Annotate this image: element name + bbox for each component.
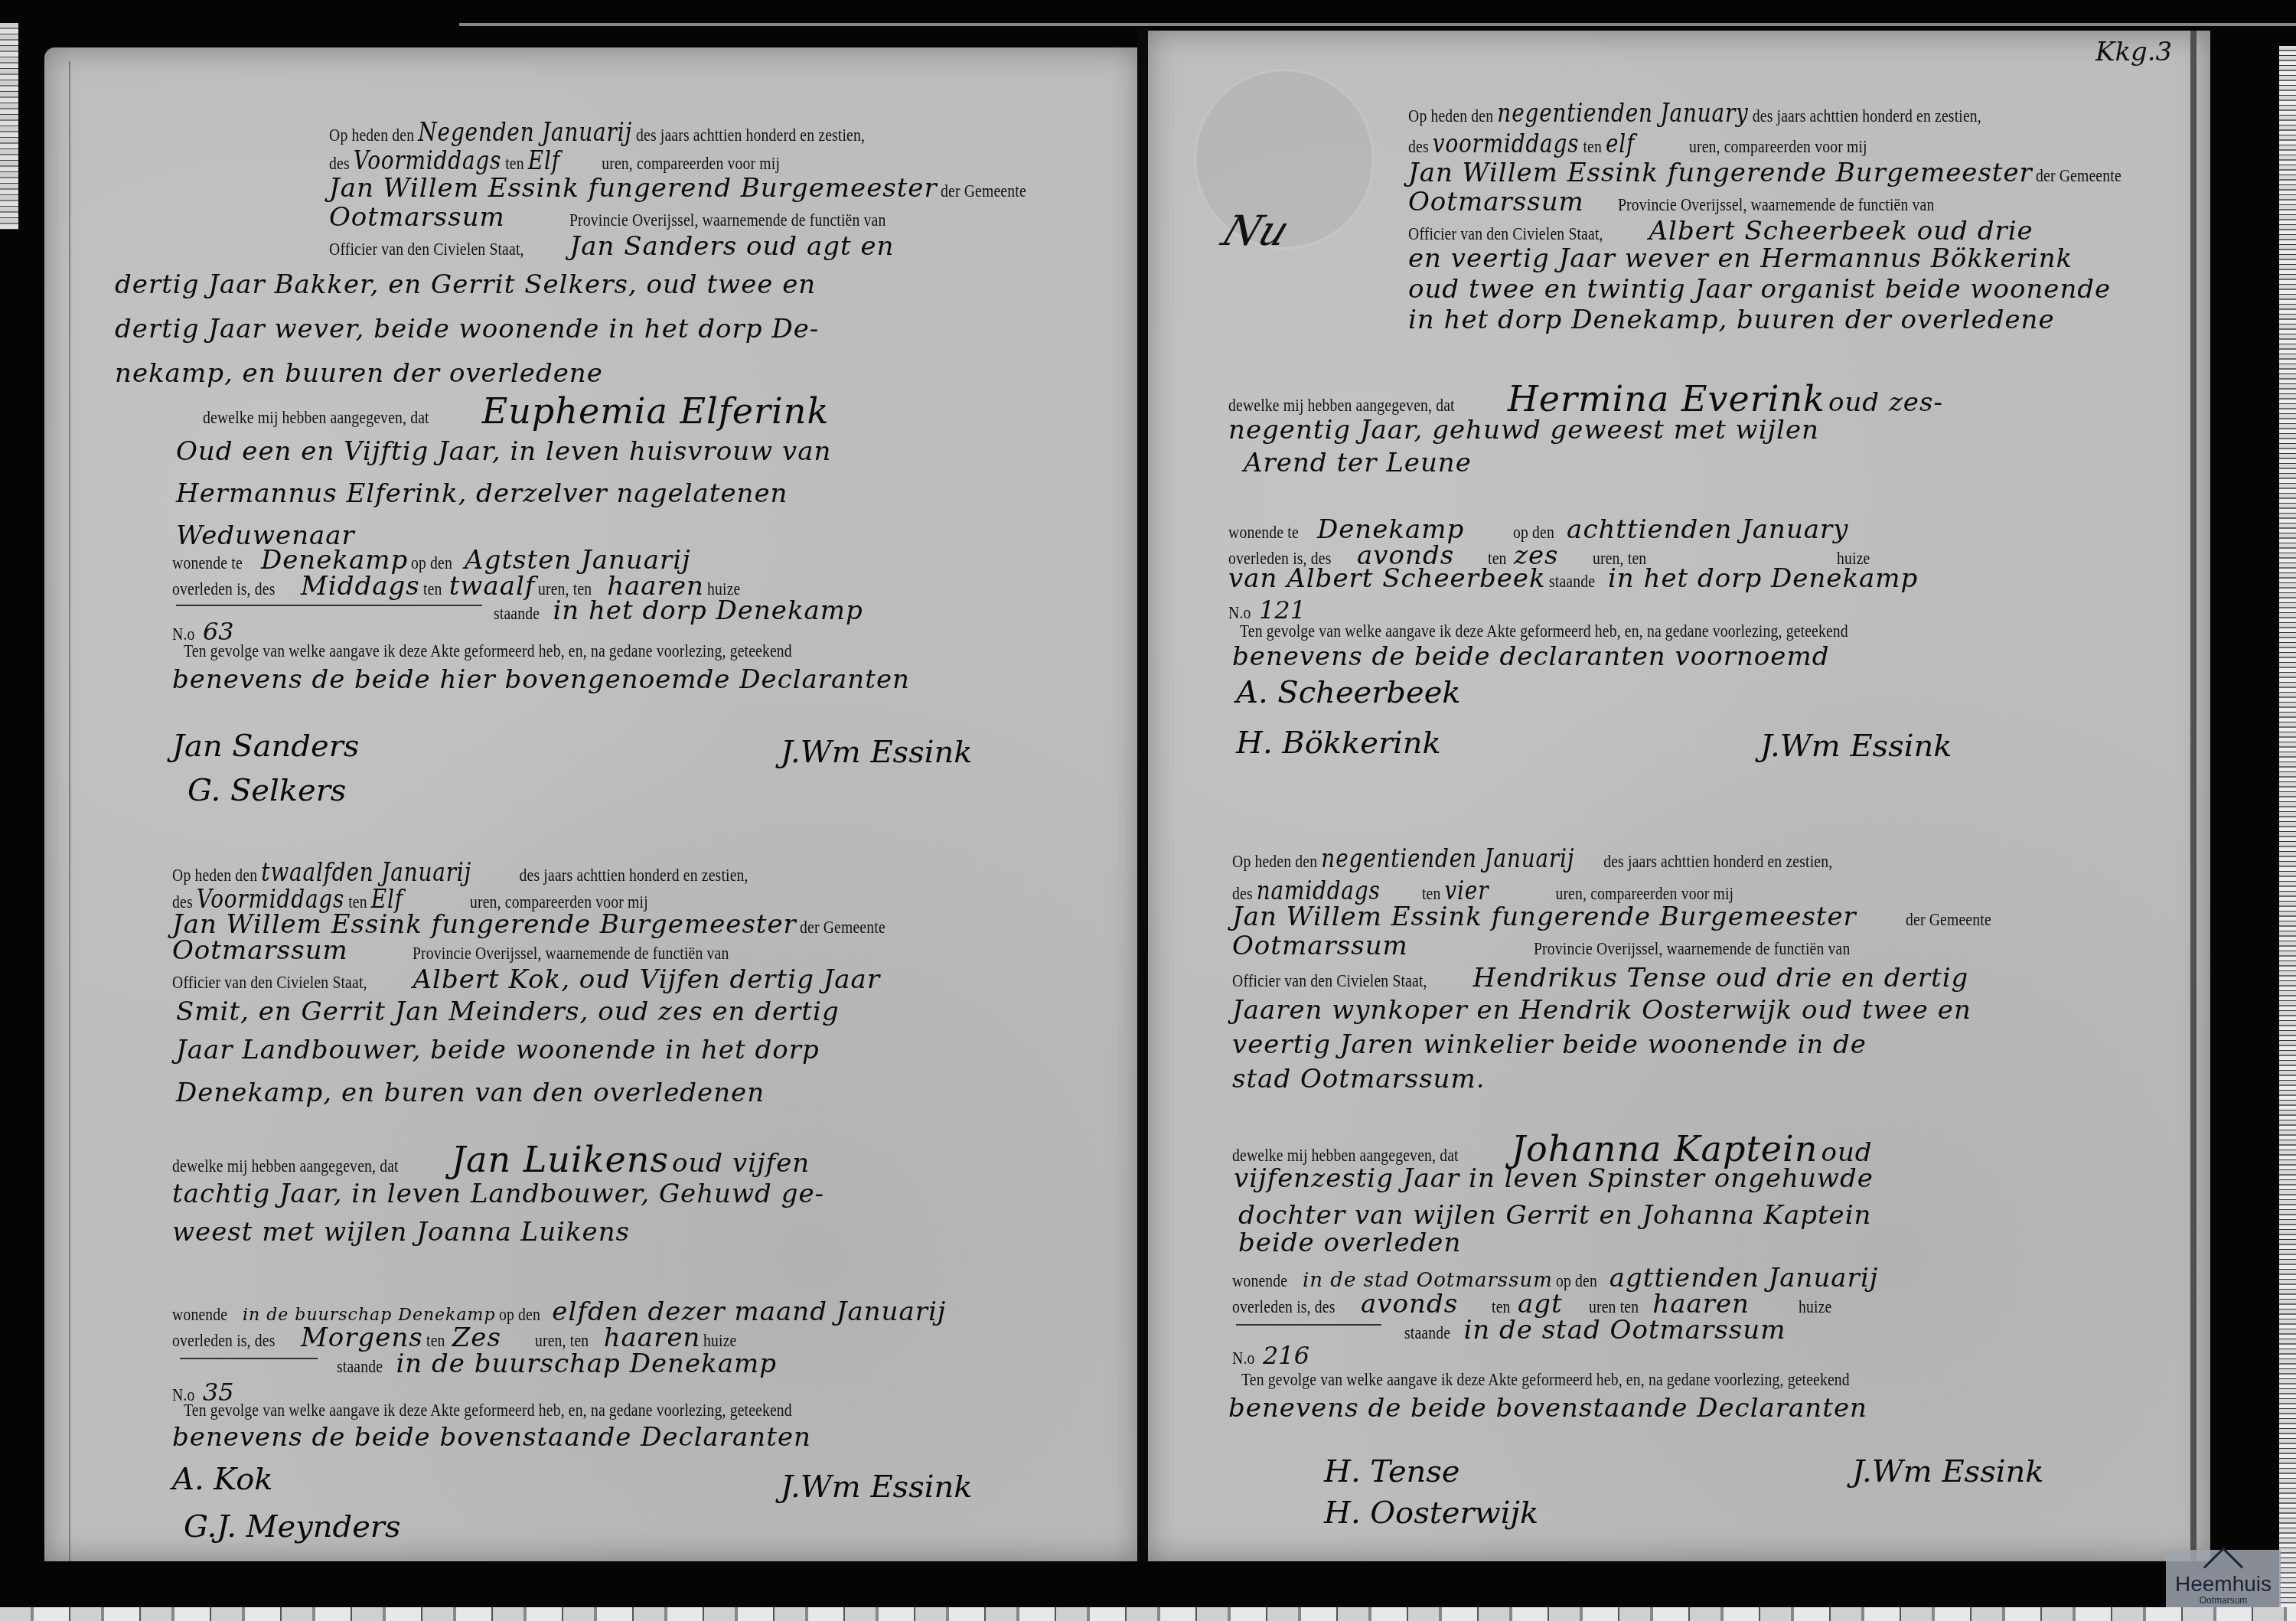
handwritten-line: Arend ter Leune bbox=[1244, 448, 1472, 478]
signature: G.J. Meynders bbox=[184, 1509, 401, 1544]
handwritten-line: Jaar Landbouwer, beide woonende in het d… bbox=[176, 1035, 820, 1065]
divider bbox=[1236, 1324, 1381, 1326]
print-text: Officier van den Civielen Staat, bbox=[172, 973, 367, 993]
print-text: dewelke mij hebben aangegeven, dat bbox=[203, 408, 429, 429]
handwritten-official: Jan Willem Essink fungerende Burgemeeste… bbox=[1232, 902, 1857, 932]
handwritten-date: Negenden Januarij bbox=[418, 117, 632, 148]
handwritten-date: twaalfden Januarij bbox=[261, 857, 471, 888]
handwritten-municipality: Ootmarssum bbox=[329, 202, 505, 233]
print-text: staande bbox=[1549, 572, 1595, 592]
closing-text: Ten gevolge van welke aangave ik deze Ak… bbox=[1240, 621, 1848, 642]
handwritten-text: oud vijfen bbox=[672, 1148, 810, 1179]
handwritten-line: Denekamp, en buren van den overledenen bbox=[176, 1078, 765, 1108]
record-line: Op heden den negentienden January des ja… bbox=[1408, 98, 1981, 129]
print-text: uren, compareerden voor mij bbox=[1689, 137, 1867, 157]
print-text: Op heden den bbox=[172, 866, 257, 886]
record-line: des voormiddags ten elf uren, compareerd… bbox=[1408, 129, 1867, 159]
print-text: ten bbox=[1583, 137, 1602, 157]
record-line: Officier van den Civielen Staat, Albert … bbox=[172, 964, 880, 995]
handwritten-line: tachtig Jaar, in leven Landbouwer, Gehuw… bbox=[172, 1179, 824, 1209]
record-line: staande in de buurschap Denekamp bbox=[337, 1349, 777, 1379]
print-text: Officier van den Civielen Staat, bbox=[1408, 224, 1603, 245]
print-text: des jaars achttien honderd en zestien, bbox=[1753, 106, 1981, 126]
print-text: der Gemeente bbox=[941, 181, 1026, 202]
handwritten-line: stad Ootmarssum. bbox=[1232, 1064, 1486, 1094]
record-number-value: 216 bbox=[1263, 1341, 1309, 1370]
handwritten-line: veertig Jaren winkelier beide woonende i… bbox=[1232, 1029, 1867, 1060]
handwritten-witness: Albert Scheerbeek oud drie bbox=[1649, 216, 2033, 246]
handwritten-line: in het dorp Denekamp, buuren der overled… bbox=[1408, 305, 2055, 335]
handwritten-official: Jan Willem Essink fungerende Burgemeeste… bbox=[1408, 158, 2033, 188]
deceased-name: Hermina Everink bbox=[1508, 378, 1825, 419]
divider bbox=[180, 1358, 318, 1359]
record-line: Op heden den twaalfden Januarij des jaar… bbox=[172, 857, 748, 888]
handwritten-hour: Elf bbox=[528, 145, 560, 176]
print-text: Officier van den Civielen Staat, bbox=[1232, 971, 1427, 992]
print-text: Provincie Overijssel, waarnemende de fun… bbox=[1534, 939, 1851, 960]
print-text: ten bbox=[423, 579, 442, 600]
print-text: overleden is, des bbox=[172, 579, 276, 600]
print-text: uren, compareerden voor mij bbox=[602, 154, 780, 174]
handwritten-municipality: Ootmarssum bbox=[1232, 931, 1408, 961]
watermark-subtitle: Ootmarsum bbox=[2200, 1595, 2248, 1606]
print-text: Provincie Overijssel, waarnemende de fun… bbox=[413, 944, 729, 964]
handwritten-place: in het dorp Denekamp bbox=[553, 595, 863, 626]
handwritten-municipality: Ootmarssum bbox=[1408, 187, 1584, 217]
folio-mark: Kkg.3 bbox=[2095, 37, 2172, 67]
signature: A. Scheerbeek bbox=[1236, 675, 1461, 710]
print-text: staande bbox=[337, 1357, 383, 1378]
book-spine bbox=[1137, 28, 1148, 1561]
scanner-artifact-strip bbox=[2279, 46, 2296, 1615]
handwritten-official: Jan Willem Essink fungerend Burgemeester bbox=[329, 173, 938, 204]
record-line: Officier van den Civielen Staat, Jan San… bbox=[329, 231, 894, 262]
handwritten-line: vijfenzestig Jaar in leven Spinster onge… bbox=[1234, 1163, 1874, 1194]
handwritten-time-of-day: Middags bbox=[301, 571, 420, 602]
print-text: Provincie Overijssel, waarnemende de fun… bbox=[1618, 195, 1935, 216]
print-text: Provincie Overijssel, waarnemende de fun… bbox=[569, 210, 886, 231]
record-line: dewelke mij hebben aangegeven, dat Hermi… bbox=[1228, 378, 1943, 419]
handwritten-line: Hermannus Elferink, derzelver nagelatene… bbox=[176, 478, 788, 509]
handwritten-line: dertig Jaar Bakker, en Gerrit Selkers, o… bbox=[115, 269, 816, 300]
closing-text: Ten gevolge van welke aangave ik deze Ak… bbox=[184, 1401, 792, 1421]
number-label: N.o bbox=[1228, 603, 1251, 624]
record-line: dewelke mij hebben aangegeven, dat Jan L… bbox=[172, 1139, 810, 1180]
handwritten-time-of-day: Voormiddags bbox=[354, 145, 501, 176]
record-line: Op heden den negentienden Januarij des j… bbox=[1232, 843, 1832, 874]
handwritten-date: negentienden Januarij bbox=[1321, 843, 1574, 874]
handwritten-line: Jaaren wynkoper en Hendrik Oosterwijk ou… bbox=[1232, 995, 1971, 1026]
handwritten-line: beide overleden bbox=[1238, 1228, 1461, 1258]
signature: J.Wm Essink bbox=[1760, 729, 1952, 764]
record-number: N.o 216 bbox=[1232, 1341, 1309, 1370]
handwritten-line: dertig Jaar wever, beide woonende in het… bbox=[115, 314, 819, 344]
scanner-artifact-strip bbox=[0, 23, 18, 230]
record-line: Ootmarssum Provincie Overijssel, waarnem… bbox=[172, 935, 798, 966]
deceased-name: Jan Luikens bbox=[452, 1139, 669, 1180]
handwritten-line: negentig Jaar, gehuwd geweest met wijlen bbox=[1228, 415, 1819, 445]
print-text: huize bbox=[1799, 1297, 1831, 1318]
handwritten-line: en veertig Jaar wever en Hermannus Bökke… bbox=[1408, 243, 2073, 274]
number-label: N.o bbox=[1232, 1349, 1254, 1369]
handwritten-line: nekamp, en buuren der overledene bbox=[115, 358, 603, 389]
record-line: Op heden den Negenden Januarij des jaars… bbox=[329, 115, 865, 148]
print-text: overleden is, des bbox=[172, 1331, 276, 1352]
record-line: Jan Willem Essink fungerende Burgemeeste… bbox=[1232, 902, 2010, 932]
signature: H. Bökkerink bbox=[1236, 726, 1441, 761]
print-text: Op heden den bbox=[329, 126, 414, 145]
handwritten-hour: elf bbox=[1606, 129, 1635, 159]
handwritten-place: in de buurschap Denekamp bbox=[396, 1349, 777, 1379]
handwritten-municipality: Ootmarssum bbox=[172, 935, 348, 966]
signature: G. Selkers bbox=[188, 773, 346, 808]
handwritten-line: oud twee en twintig Jaar organist beide … bbox=[1408, 274, 2111, 305]
signature: J.Wm Essink bbox=[781, 1469, 972, 1505]
print-text: dewelke mij hebben aangegeven, dat bbox=[1228, 396, 1455, 416]
handwritten-witness: Jan Sanders oud agt en bbox=[570, 231, 895, 262]
handwritten-line: dochter van wijlen Gerrit en Johanna Kap… bbox=[1238, 1200, 1872, 1231]
print-text: des jaars achttien honderd en zestien, bbox=[520, 866, 748, 886]
print-text: ten bbox=[505, 154, 524, 174]
signature: H. Oosterwijk bbox=[1324, 1495, 1538, 1531]
record-line: Jan Willem Essink fungerende Burgemeeste… bbox=[1408, 158, 2140, 188]
handwritten-text: van Albert Scheerbeek bbox=[1228, 563, 1546, 594]
print-text: des jaars achttien honderd en zestien, bbox=[1603, 852, 1832, 872]
handwritten-closing: benevens de beide bovenstaande Declarant… bbox=[1228, 1393, 1867, 1424]
record-line: Ootmarssum Provincie Overijssel, waarnem… bbox=[1232, 931, 1919, 961]
signature: J.Wm Essink bbox=[781, 735, 972, 770]
signature: J.Wm Essink bbox=[1852, 1454, 2043, 1489]
record-line: dewelke mij hebben aangegeven, dat Euphe… bbox=[203, 390, 829, 432]
print-text: staande bbox=[1404, 1323, 1450, 1344]
record-line: Officier van den Civielen Staat, Albert … bbox=[1408, 216, 2033, 246]
print-text: Op heden den bbox=[1408, 106, 1493, 126]
page-edge bbox=[459, 23, 2296, 26]
print-text: der Gemeente bbox=[1906, 910, 1991, 931]
print-text: der Gemeente bbox=[800, 918, 885, 938]
print-text: des bbox=[1408, 137, 1429, 157]
closing-text: Ten gevolge van welke aangave ik deze Ak… bbox=[1241, 1370, 1850, 1391]
handwritten-place: in de stad Ootmarssum bbox=[1463, 1315, 1786, 1345]
handwritten-time-of-day: voormiddags bbox=[1433, 129, 1579, 159]
handwritten-date: negentienden January bbox=[1497, 98, 1748, 129]
print-text: staande bbox=[494, 604, 540, 625]
record-line: Jan Willem Essink fungerend Burgemeester… bbox=[329, 173, 1045, 204]
record-line: des Voormiddags ten Elf uren, compareerd… bbox=[329, 145, 780, 176]
record-number-value: 121 bbox=[1259, 595, 1306, 625]
record-line: Ootmarssum Provincie Overijssel, waarnem… bbox=[329, 202, 955, 233]
print-text: Op heden den bbox=[1232, 852, 1317, 872]
scanner-artifact-strip bbox=[0, 1607, 2296, 1621]
signature: H. Tense bbox=[1324, 1454, 1460, 1489]
heemhuis-watermark-logo: Heemhuis Ootmarsum bbox=[2166, 1550, 2281, 1607]
handwritten-line: Smit, en Gerrit Jan Meinders, oud zes en… bbox=[176, 996, 840, 1027]
handwritten-closing: benevens de beide declaranten voornoemd bbox=[1232, 641, 1829, 672]
handwritten-line: weest met wijlen Joanna Luikens bbox=[172, 1217, 630, 1248]
divider bbox=[176, 605, 482, 606]
handwritten-closing: benevens de beide bovenstaande Declarant… bbox=[172, 1422, 811, 1453]
handwritten-text: oud zes- bbox=[1828, 387, 1943, 418]
handwritten-closing: benevens de beide hier bovengenoemde Dec… bbox=[172, 664, 910, 695]
print-text: dewelke mij hebben aangegeven, dat bbox=[172, 1156, 399, 1177]
record-line: van Albert Scheerbeek staande in het dor… bbox=[1228, 563, 1918, 594]
signature: Jan Sanders bbox=[172, 729, 359, 764]
print-text: des jaars achttien honderd en zestien, bbox=[636, 126, 865, 145]
print-text: Officier van den Civielen Staat, bbox=[329, 240, 524, 260]
record-line: staande in het dorp Denekamp bbox=[494, 595, 863, 626]
print-text: des bbox=[329, 154, 350, 174]
handwritten-witness: Hendrikus Tense oud drie en dertig bbox=[1473, 963, 1969, 993]
handwritten-line: Oud een en Vijftig Jaar, in leven huisvr… bbox=[176, 436, 831, 467]
print-text: der Gemeente bbox=[2036, 166, 2122, 187]
handwritten-place: in het dorp Denekamp bbox=[1608, 563, 1918, 594]
print-text: overleden is, des bbox=[1232, 1297, 1336, 1318]
signature: A. Kok bbox=[172, 1462, 272, 1497]
deceased-name: Euphemia Elferink bbox=[482, 390, 830, 432]
record-line: staande in de stad Ootmarssum bbox=[1404, 1315, 1786, 1345]
handwritten-witness: Albert Kok, oud Vijfen dertig Jaar bbox=[413, 964, 881, 995]
record-line: Ootmarssum Provincie Overijssel, waarnem… bbox=[1408, 187, 2004, 217]
record-number: N.o 121 bbox=[1228, 595, 1306, 625]
record-line: Officier van den Civielen Staat, Hendrik… bbox=[1232, 963, 1968, 993]
closing-text: Ten gevolge van welke aangave ik deze Ak… bbox=[184, 641, 792, 662]
